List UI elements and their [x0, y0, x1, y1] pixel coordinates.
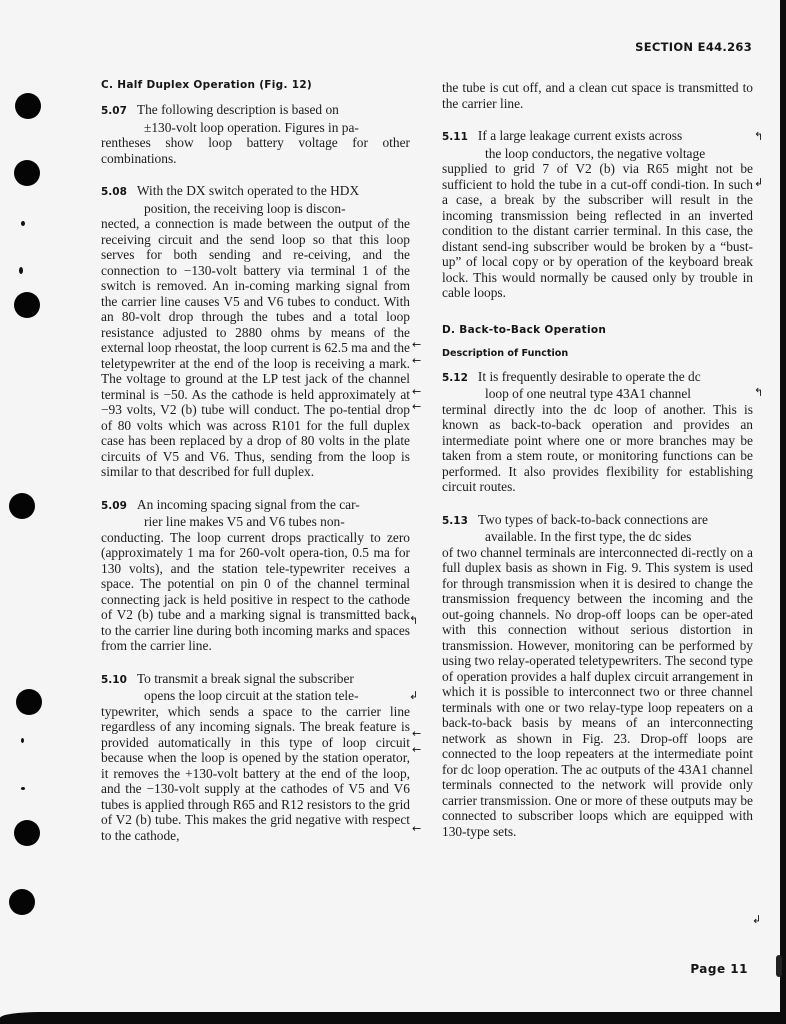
change-bracket-open-icon: ↰	[409, 614, 418, 627]
scan-speck	[19, 267, 23, 274]
paragraph-text: position, the receiving loop is discon-	[101, 201, 410, 217]
paragraph-5-10: 5.10To transmit a break signal the subsc…	[101, 671, 410, 844]
paragraph-text: rentheses show loop battery voltage for …	[101, 135, 410, 166]
change-bracket-close-icon: ↲	[409, 689, 418, 702]
change-bracket-open-icon: ↰	[754, 386, 763, 399]
paragraph-text: nected, a connection is made between the…	[101, 216, 410, 479]
scan-edge-notch	[776, 955, 782, 977]
paragraph-number: 5.08	[101, 186, 127, 198]
paragraph-text: typewriter, which sends a space to the c…	[101, 704, 410, 843]
paragraph-text: To transmit a break signal the subscribe…	[137, 671, 354, 686]
punch-hole	[14, 160, 40, 186]
paragraph-text: available. In the first type, the dc sid…	[442, 529, 753, 545]
paragraph-continuation: the tube is cut off, and a clean cut spa…	[442, 80, 753, 111]
left-column: C. Half Duplex Operation (Fig. 12) 5.07T…	[101, 78, 410, 860]
paragraph-number: 5.11	[442, 131, 468, 143]
section-heading-back-to-back: D. Back-to-Back Operation	[442, 323, 753, 337]
right-column: the tube is cut off, and a clean cut spa…	[442, 80, 753, 856]
punch-hole	[14, 292, 40, 318]
paragraph-text: opens the loop circuit at the station te…	[101, 688, 410, 704]
paragraph-text: Two types of back-to-back connections ar…	[478, 512, 708, 527]
punch-hole	[16, 689, 42, 715]
paragraph-text: With the DX switch operated to the HDX	[137, 183, 359, 198]
scan-speck	[21, 738, 24, 743]
section-heading-half-duplex: C. Half Duplex Operation (Fig. 12)	[101, 78, 410, 92]
page-number: Page 11	[690, 962, 748, 976]
scan-speck	[21, 221, 25, 226]
change-arrow-icon: ←	[412, 743, 421, 756]
paragraph-5-08: 5.08With the DX switch operated to the H…	[101, 183, 410, 480]
paragraph-text: terminal directly into the dc loop of an…	[442, 402, 753, 495]
change-bracket-open-icon: ↰	[754, 130, 763, 143]
subheading-description-of-function: Description of Function	[442, 347, 753, 361]
paragraph-text: It is frequently desirable to operate th…	[478, 369, 701, 384]
paragraph-text: conducting. The loop current drops pract…	[101, 530, 410, 654]
section-header: SECTION E44.263	[635, 40, 752, 54]
change-arrow-icon: ←	[412, 822, 421, 835]
change-arrow-icon: ←	[412, 338, 421, 351]
paragraph-5-12: 5.12It is frequently desirable to operat…	[442, 369, 753, 495]
change-arrow-icon: ←	[412, 354, 421, 367]
paragraph-number: 5.12	[442, 372, 468, 384]
scan-bottom-border	[0, 1012, 786, 1024]
paragraph-text: If a large leakage current exists across	[478, 128, 682, 143]
paragraph-text: supplied to grid 7 of V2 (b) via R65 mig…	[442, 161, 753, 300]
paragraph-number: 5.10	[101, 674, 127, 686]
paragraph-text: of two channel terminals are interconnec…	[442, 545, 753, 839]
change-arrow-icon: ←	[412, 385, 421, 398]
punch-hole	[15, 93, 41, 119]
paragraph-number: 5.13	[442, 515, 468, 527]
paragraph-5-07: 5.07The following description is based o…	[101, 102, 410, 166]
paragraph-5-09: 5.09An incoming spacing signal from the …	[101, 497, 410, 654]
paragraph-text: The following description is based on	[137, 102, 339, 117]
paragraph-text: rier line makes V5 and V6 tubes non-	[101, 514, 410, 530]
scan-speck	[21, 787, 25, 790]
paragraph-5-11: 5.11If a large leakage current exists ac…	[442, 128, 753, 301]
paragraph-text: An incoming spacing signal from the car-	[137, 497, 360, 512]
scan-right-border	[780, 0, 786, 1024]
change-bracket-close-icon: ↲	[754, 176, 763, 189]
paragraph-text: loop of one neutral type 43A1 channel	[442, 386, 753, 402]
change-bracket-close-icon: ↲	[752, 913, 761, 926]
punch-hole	[14, 820, 40, 846]
punch-hole	[9, 493, 35, 519]
paragraph-5-13: 5.13Two types of back-to-back connection…	[442, 512, 753, 840]
change-arrow-icon: ←	[412, 727, 421, 740]
change-arrow-icon: ←	[412, 400, 421, 413]
punch-hole	[9, 889, 35, 915]
paragraph-text: the loop conductors, the negative voltag…	[442, 146, 753, 162]
paragraph-number: 5.07	[101, 105, 127, 117]
paragraph-number: 5.09	[101, 500, 127, 512]
paragraph-text: ±130-volt loop operation. Figures in pa-	[101, 120, 410, 136]
